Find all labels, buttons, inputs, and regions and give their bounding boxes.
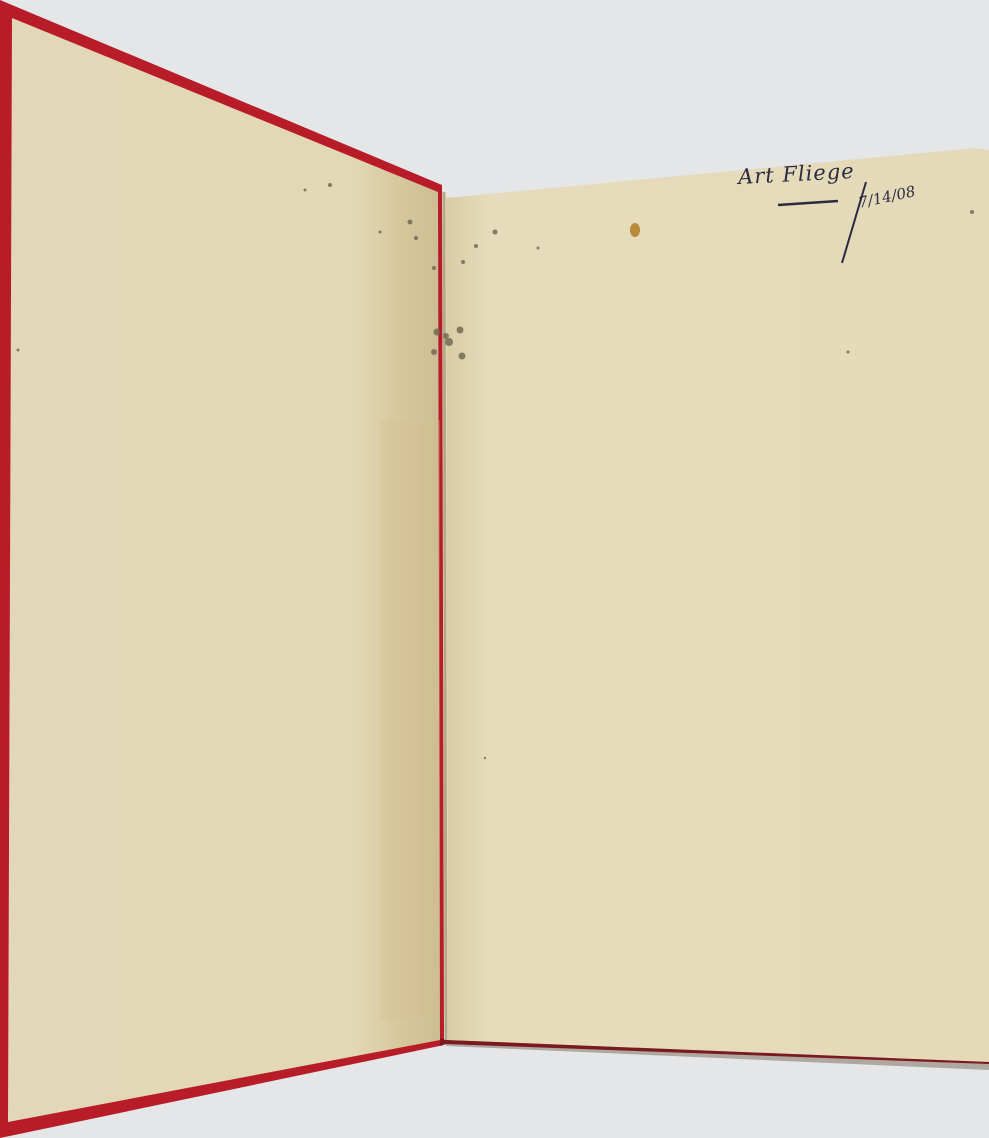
left-endpaper (8, 18, 440, 1122)
gutter (444, 192, 446, 1040)
gold-mark (630, 223, 640, 237)
book-photo: Art Fliege 7/14/08 Aged, yellowed blank … (0, 0, 989, 1138)
right-page (446, 148, 989, 1062)
